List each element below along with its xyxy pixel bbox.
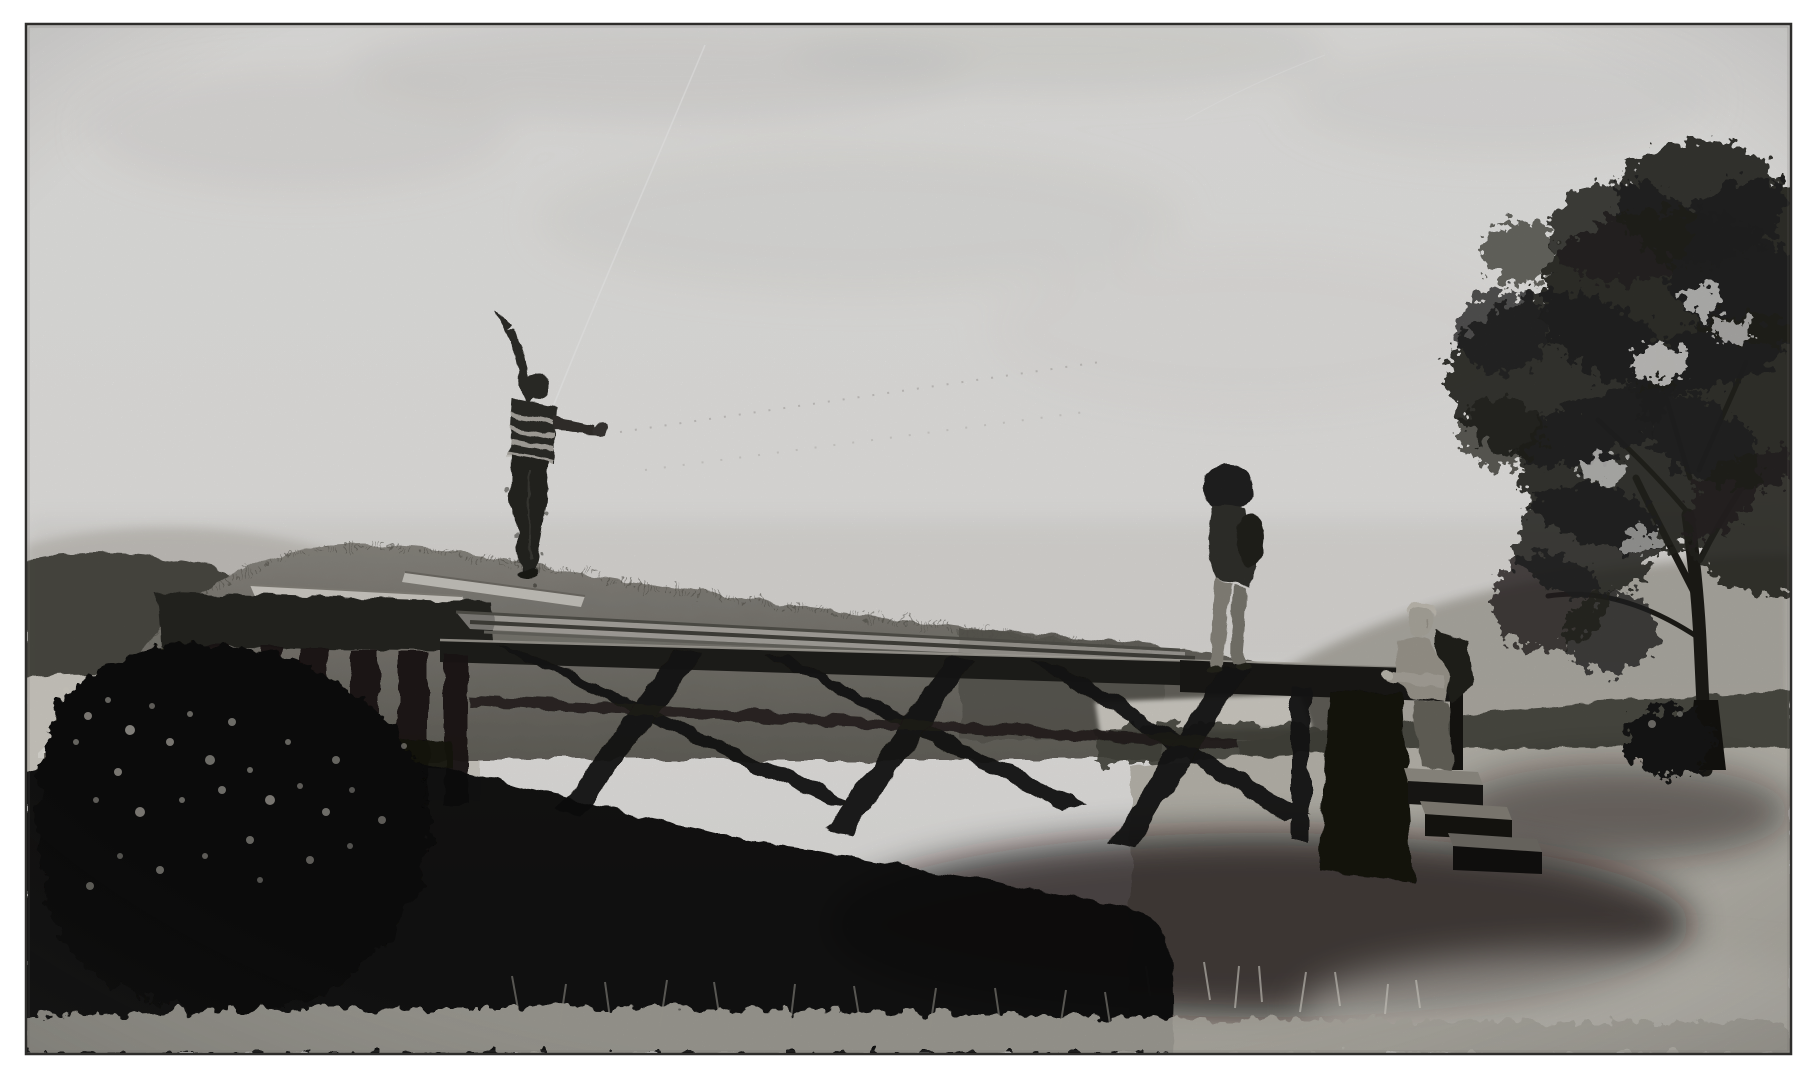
vignette-overlay <box>26 24 1791 1054</box>
photograph-illustration <box>0 0 1819 1080</box>
photo-page <box>0 0 1819 1080</box>
